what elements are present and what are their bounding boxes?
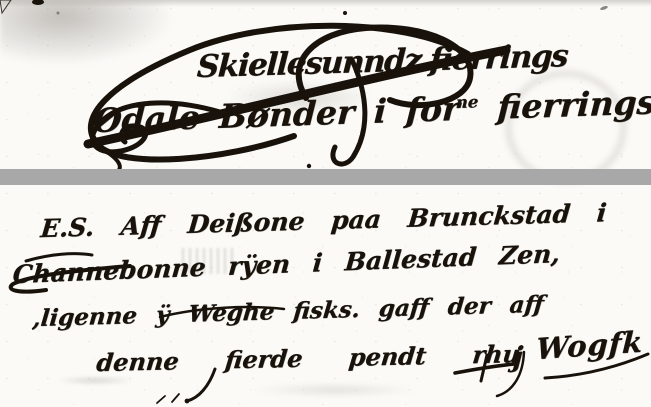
section-divider [0, 169, 651, 185]
heading-initial-flourish [88, 11, 506, 164]
manuscript-page: Skiellesunndz fierrings Ødale Bønder i f… [0, 0, 651, 407]
heading-line-2-superscript: ne [455, 92, 479, 112]
entry-line-4-numeral: j [512, 341, 524, 373]
ink-specks [0, 0, 608, 15]
heading-line-2-text-cont: fierrings [477, 82, 651, 127]
